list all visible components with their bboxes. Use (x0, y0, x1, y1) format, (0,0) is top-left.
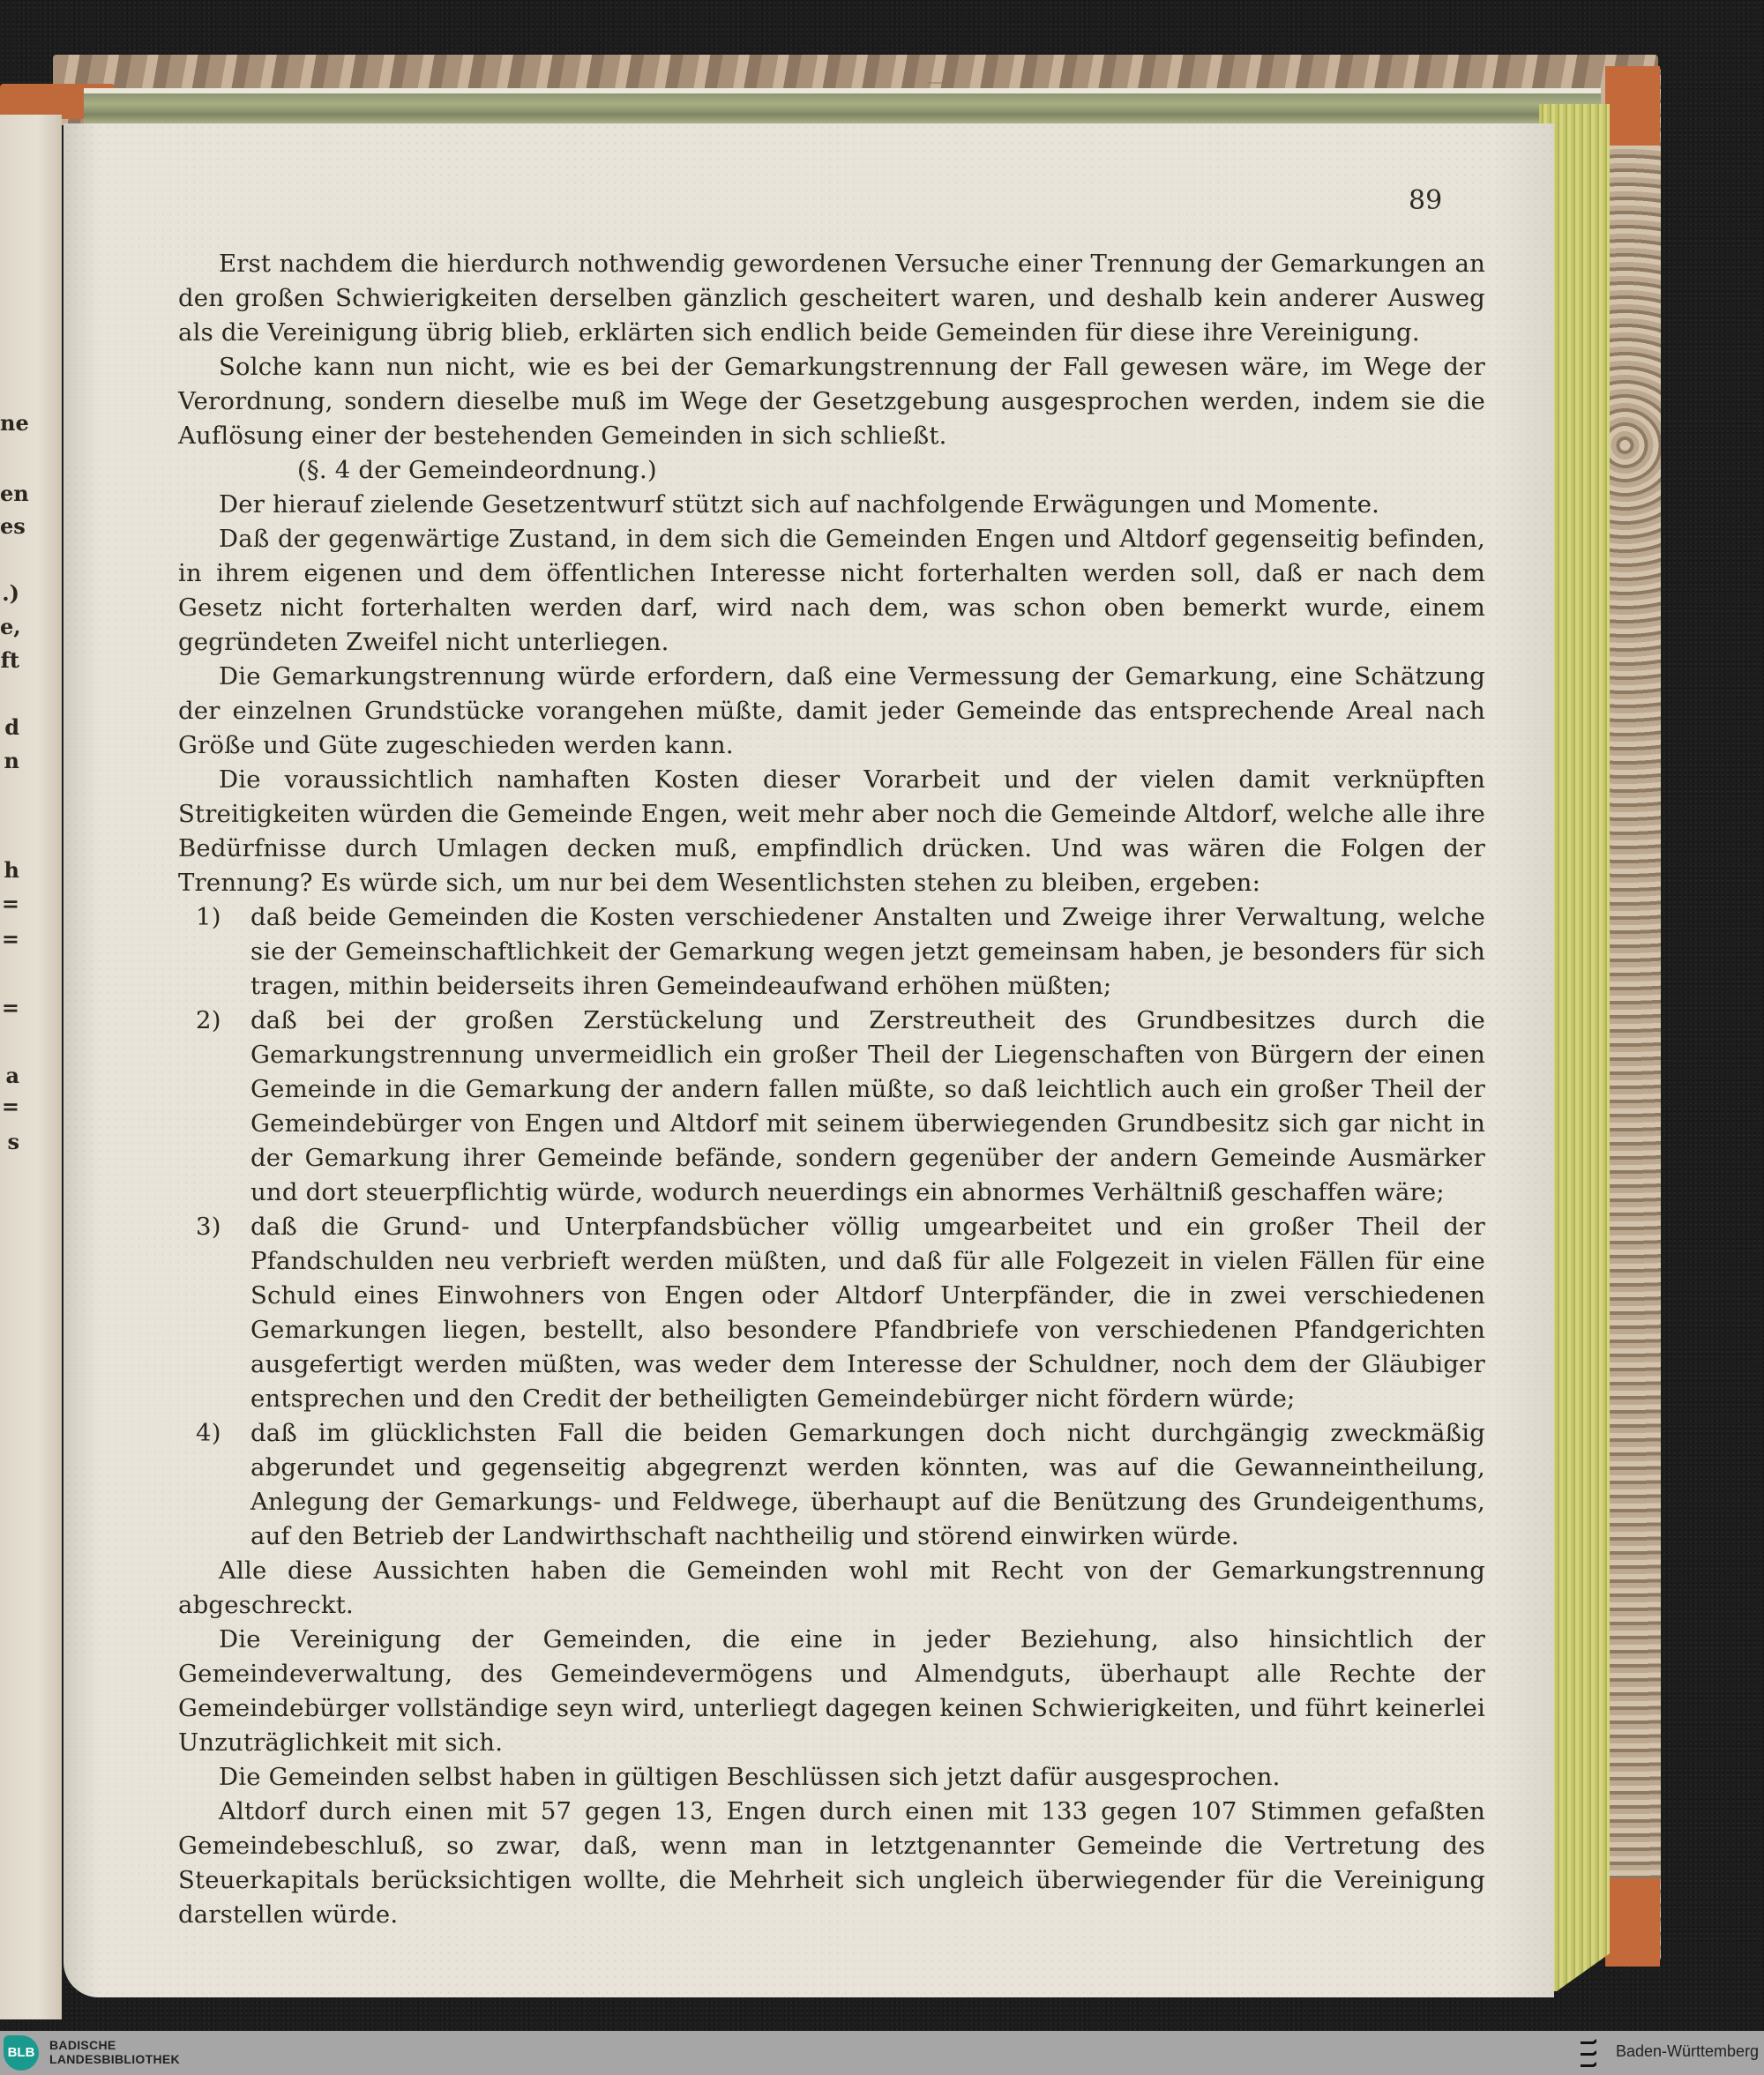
page-body-text: Erst nachdem die hierdurch nothwendig ge… (178, 247, 1485, 1932)
list-item: 2) daß bei der großen Zerstückelung und … (178, 1004, 1485, 1210)
library-name-line1: BADISCHE (49, 2038, 180, 2052)
page-number: 89 (1409, 185, 1442, 216)
left-page-fragment: = (0, 1093, 19, 1119)
left-page-fragment: = (0, 995, 19, 1020)
left-page-fragment: .) (0, 580, 19, 606)
list-number: 1) (196, 900, 221, 935)
left-page-fragment: d (0, 714, 19, 740)
paragraph: Daß der gegenwärtige Zustand, in dem sic… (178, 522, 1485, 660)
left-page-fragment: e, (0, 614, 19, 639)
paragraph: Die voraussichtlich namhaften Kosten die… (178, 763, 1485, 900)
three-lions-crest-icon (1579, 2036, 1598, 2071)
list-item: 4) daß im glücklichsten Fall die beiden … (178, 1416, 1485, 1554)
left-page-fragment: ne (0, 410, 19, 436)
left-page-fragment: = (0, 891, 19, 916)
left-page-sliver: ne en es .) e, ft d n h = = = a = s (0, 115, 62, 2019)
right-page: 89 Erst nachdem die hierdurch nothwendig… (64, 123, 1554, 1997)
paragraph: Der hierauf zielende Gesetzentwurf stütz… (178, 488, 1485, 522)
list-item-text: daß im glücklichsten Fall die beiden Gem… (250, 1419, 1485, 1550)
paragraph: Die Gemarkungstrennung würde erfordern, … (178, 660, 1485, 763)
viewer-footer-bar: BLB BADISCHE LANDESBIBLIOTHEK Baden-Würt… (0, 2031, 1764, 2075)
legal-reference: (§. 4 der Gemeindeordnung.) (178, 453, 1485, 488)
book-cover-right-marbled (1610, 66, 1661, 1962)
list-item-text: daß bei der großen Zerstückelung und Zer… (250, 1006, 1485, 1206)
list-item-text: daß die Grund- und Unterpfandsbücher völ… (250, 1213, 1485, 1413)
paragraph: Solche kann nun nicht, wie es bei der Ge… (178, 350, 1485, 453)
paragraph: Erst nachdem die hierdurch nothwendig ge… (178, 247, 1485, 350)
left-page-fragment: h (0, 857, 19, 883)
paragraph: Die Gemeinden selbst haben in gültigen B… (178, 1760, 1485, 1795)
list-item-text: daß beide Gemeinden die Kosten verschied… (250, 903, 1485, 1000)
left-page-fragment: ft (0, 647, 19, 673)
left-page-fragment: es (0, 513, 19, 539)
list-item: 3) daß die Grund- und Unterpfandsbücher … (178, 1210, 1485, 1416)
paragraph: Altdorf durch einen mit 57 gegen 13, Eng… (178, 1795, 1485, 1932)
library-name[interactable]: BADISCHE LANDESBIBLIOTHEK (49, 2038, 180, 2066)
left-page-fragment: en (0, 481, 19, 506)
list-number: 2) (196, 1004, 221, 1038)
book-cover-corner-top-right (1605, 66, 1660, 146)
library-name-line2: LANDESBIBLIOTHEK (49, 2052, 180, 2066)
book-cover-corner-bottom-right (1605, 1878, 1660, 1967)
left-page-fragment: n (0, 748, 19, 773)
consequences-list: 1) daß beide Gemeinden die Kosten versch… (178, 900, 1485, 1554)
left-page-fragment: s (0, 1129, 19, 1154)
state-name[interactable]: Baden-Württemberg (1616, 2042, 1759, 2061)
paragraph: Die Vereinigung der Gemeinden, die eine … (178, 1623, 1485, 1760)
list-number: 3) (196, 1210, 221, 1244)
paragraph: Alle diese Aussichten haben die Gemeinde… (178, 1554, 1485, 1623)
list-item: 1) daß beide Gemeinden die Kosten versch… (178, 900, 1485, 1004)
left-page-fragment: = (0, 926, 19, 952)
list-number: 4) (196, 1416, 221, 1451)
left-page-fragment: a (0, 1063, 19, 1088)
blb-logo-icon[interactable]: BLB (4, 2035, 39, 2071)
